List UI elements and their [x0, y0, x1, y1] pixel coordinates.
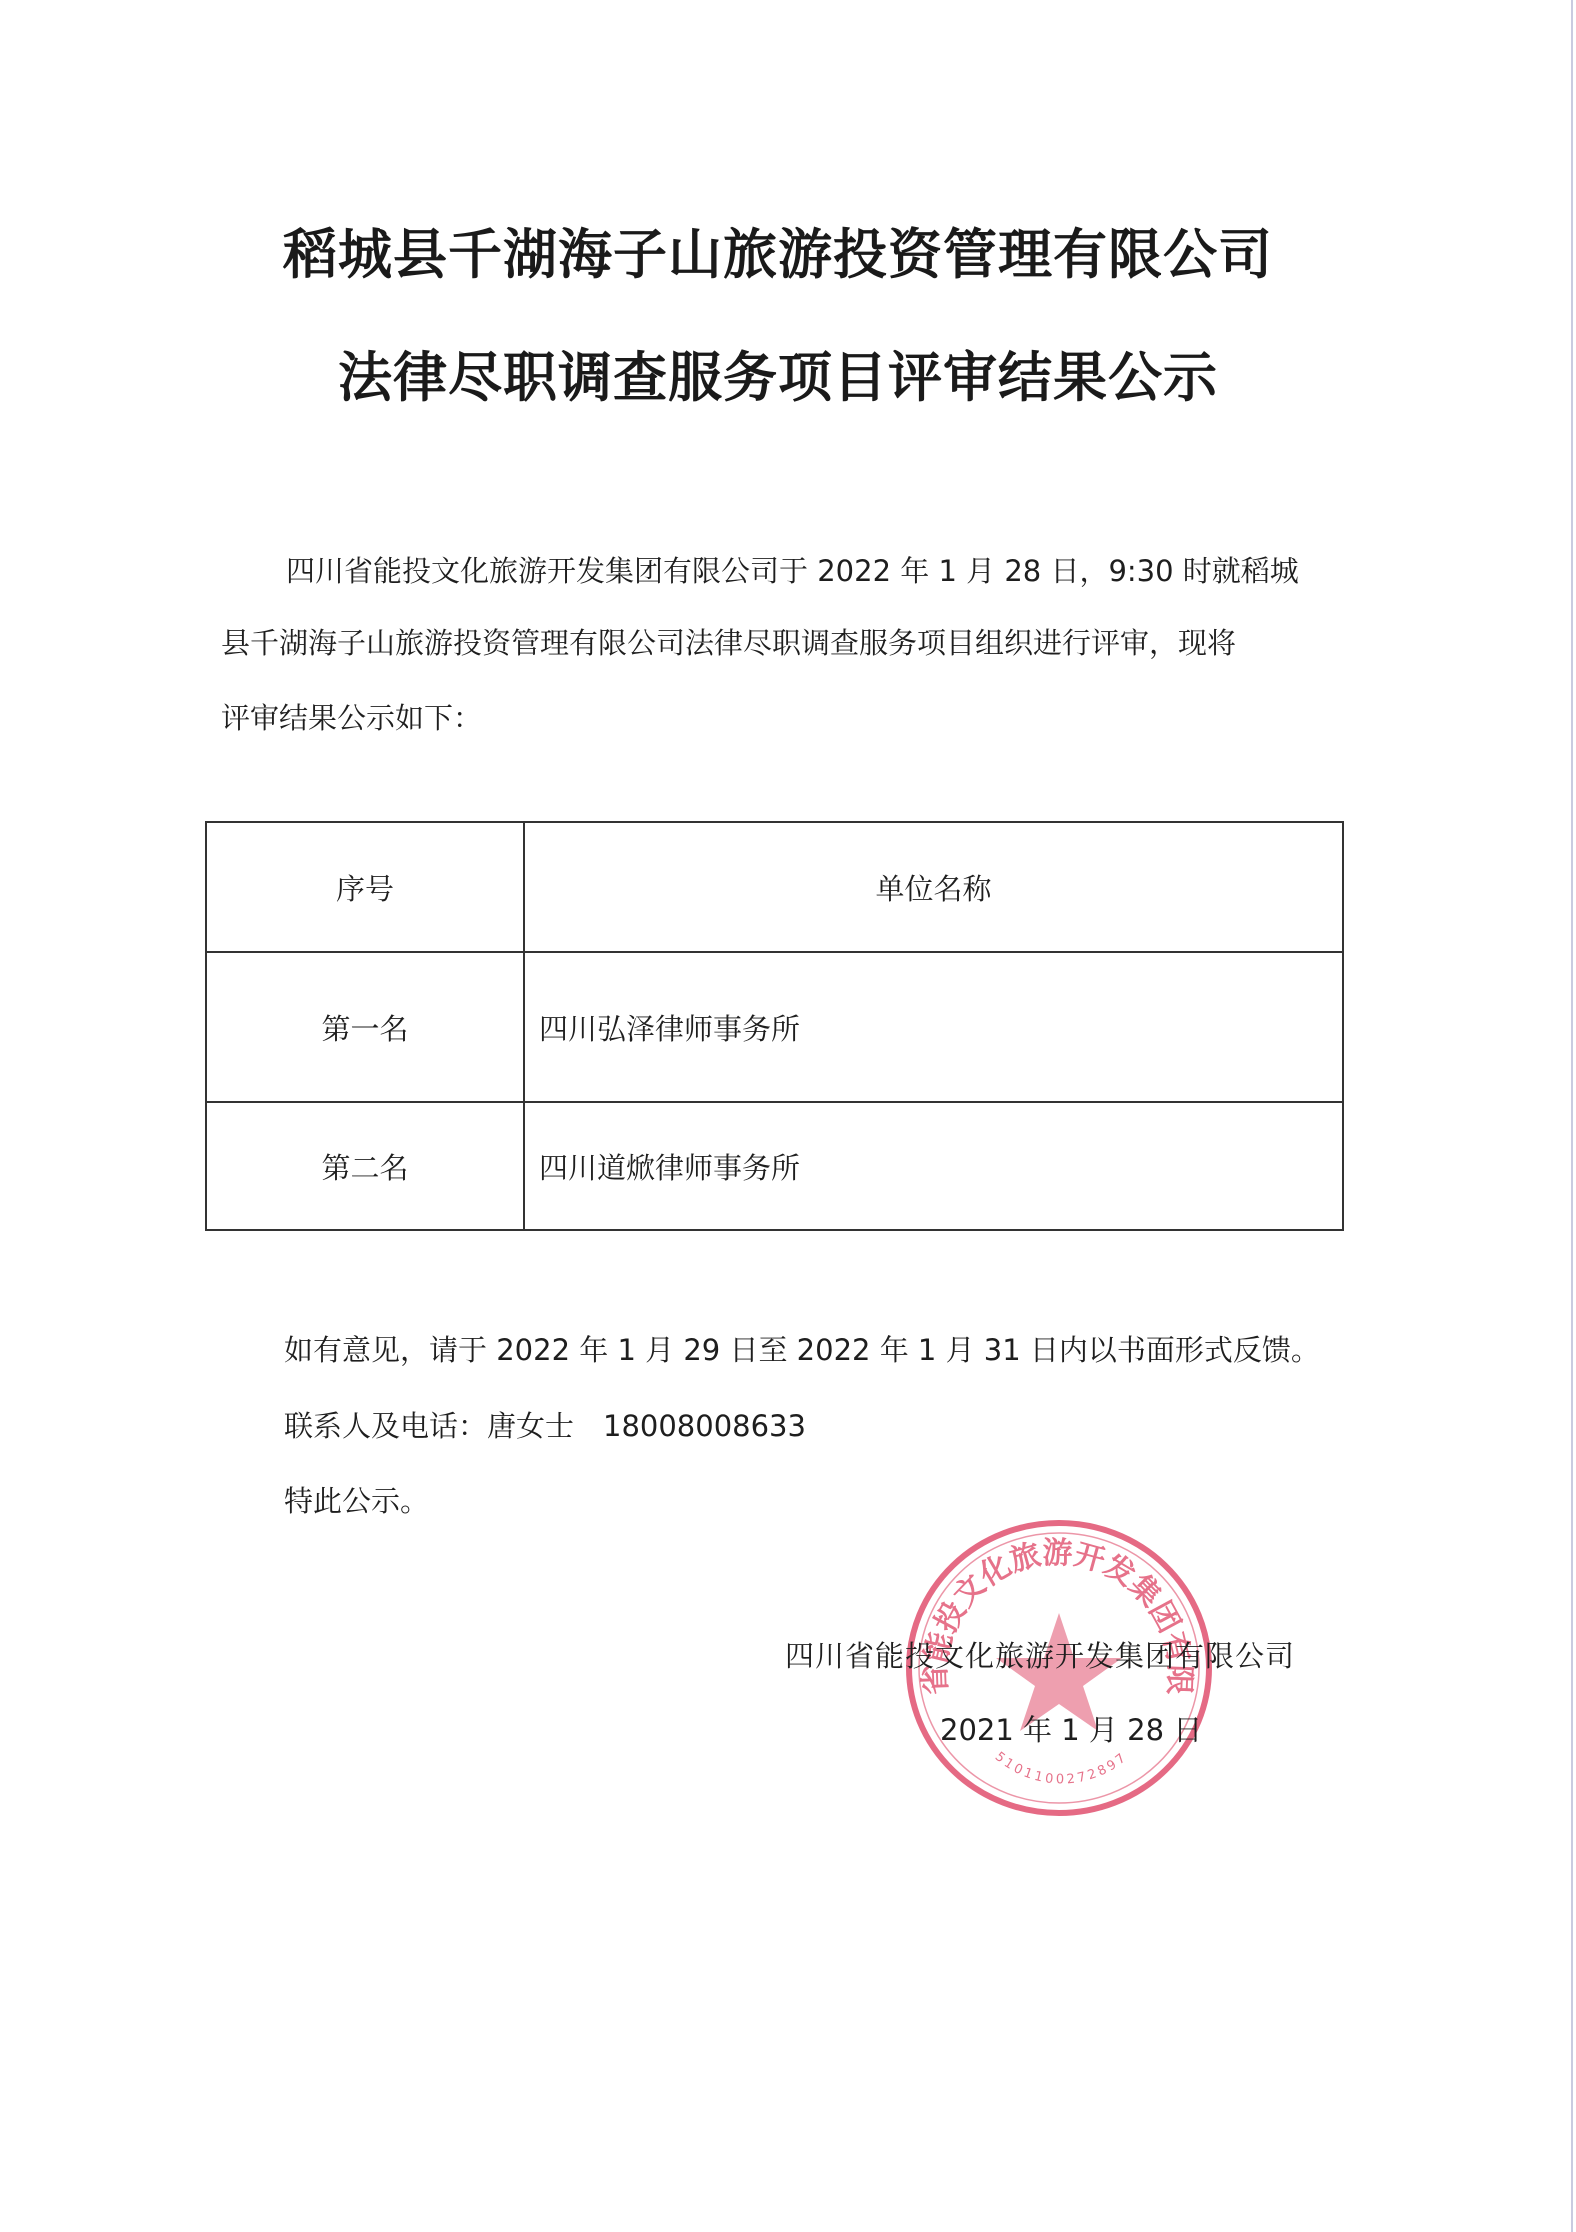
- table-row: 第二名 四川道焮律师事务所: [206, 1102, 1343, 1230]
- header-unit-name: 单位名称: [524, 822, 1343, 952]
- intro-paragraph-line-2: 县千湖海子山旅游投资管理有限公司法律尽职调查服务项目组织进行评审，现将: [221, 628, 1236, 658]
- signature-company: 四川省能投文化旅游开发集团有限公司: [785, 1634, 1295, 1675]
- intro-paragraph-line-1: 四川省能投文化旅游开发集团有限公司于 2022 年 1 月 28 日，9:30 …: [286, 556, 1299, 586]
- cell-rank: 第二名: [206, 1102, 524, 1230]
- contact-info: 联系人及电话：唐女士 18008008633: [284, 1411, 806, 1441]
- scan-edge-line: [1571, 0, 1573, 2232]
- feedback-note: 如有意见，请于 2022 年 1 月 29 日至 2022 年 1 月 31 日…: [284, 1335, 1320, 1365]
- cell-unit-name: 四川道焮律师事务所: [524, 1102, 1343, 1230]
- document-title-line-2: 法律尽职调查服务项目评审结果公示: [0, 335, 1566, 412]
- table-header-row: 序号 单位名称: [206, 822, 1343, 952]
- review-result-table: 序号 单位名称 第一名 四川弘泽律师事务所 第二名 四川道焮律师事务所: [205, 821, 1344, 1231]
- svg-text:5101100272897: 5101100272897: [992, 1749, 1131, 1787]
- header-rank: 序号: [206, 822, 524, 952]
- cell-unit-name: 四川弘泽律师事务所: [524, 952, 1343, 1102]
- intro-paragraph-line-3: 评审结果公示如下：: [221, 703, 482, 733]
- signature-date: 2021 年 1 月 28 日: [940, 1708, 1202, 1749]
- table-row: 第一名 四川弘泽律师事务所: [206, 952, 1343, 1102]
- closing-note: 特此公示。: [284, 1486, 429, 1516]
- cell-rank: 第一名: [206, 952, 524, 1102]
- document-title-line-1: 稻城县千湖海子山旅游投资管理有限公司: [0, 212, 1566, 289]
